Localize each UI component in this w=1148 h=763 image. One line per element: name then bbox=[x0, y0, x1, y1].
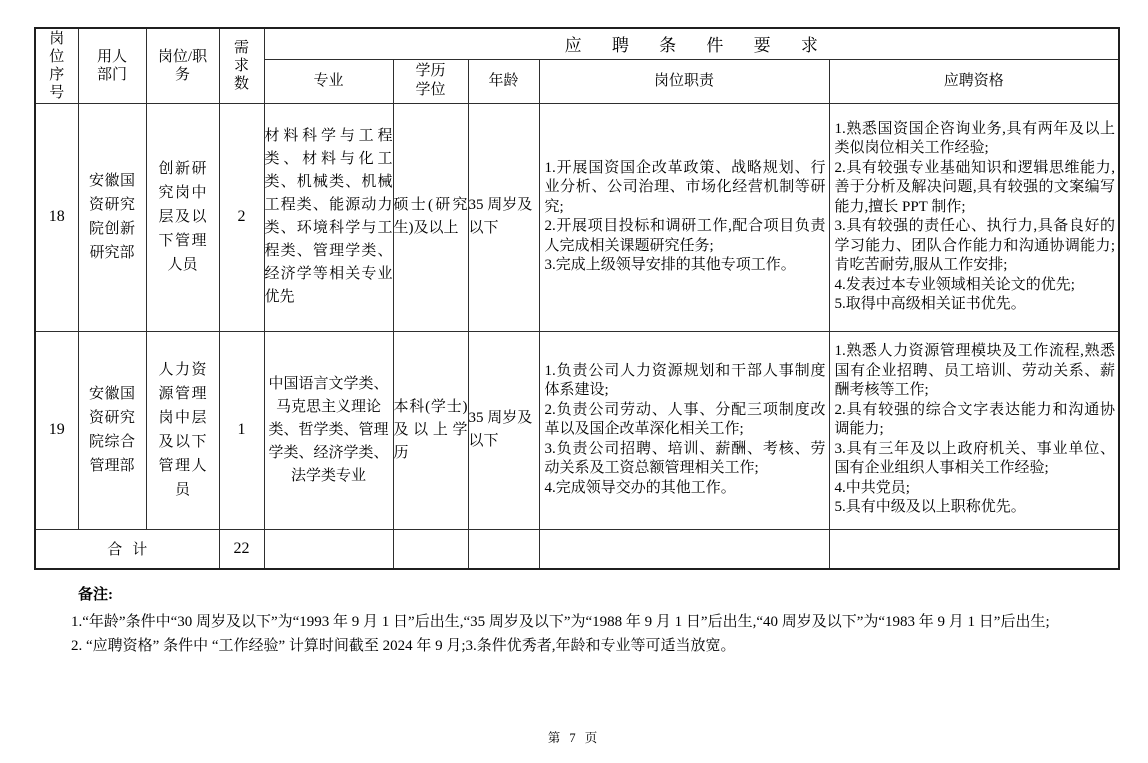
header-row-1: 岗位序号 用人部门 岗位/职务 需求数 应 聘 条 件 要 求 bbox=[35, 28, 1119, 59]
col-header-dept: 用人部门 bbox=[78, 28, 146, 103]
document-page: 岗位序号 用人部门 岗位/职务 需求数 应 聘 条 件 要 求 专业 学历学位 … bbox=[0, 0, 1148, 763]
col-header-degree: 学历学位 bbox=[393, 59, 468, 103]
total-empty-duty bbox=[539, 529, 829, 569]
cell-seq: 18 bbox=[35, 103, 78, 331]
col-header-major: 专业 bbox=[264, 59, 393, 103]
cell-post-text: 人力资源管理岗中层及以下管理人员 bbox=[159, 358, 207, 502]
total-empty-degree bbox=[393, 529, 468, 569]
total-label: 合计 bbox=[35, 529, 219, 569]
total-count: 22 bbox=[219, 529, 264, 569]
col-header-count: 需求数 bbox=[219, 28, 264, 103]
cell-qualification-text: 1.熟悉国资国企咨询业务,具有两年及以上类似岗位相关工作经验; 2.具有较强专业… bbox=[830, 118, 1119, 317]
cell-degree: 硕士(研究生)及以上 bbox=[393, 103, 468, 331]
col-header-degree-label: 学历学位 bbox=[413, 62, 449, 100]
cell-age: 35 周岁及以下 bbox=[468, 103, 539, 331]
col-header-duty: 岗位职责 bbox=[539, 59, 829, 103]
notes-block: 1.“年龄”条件中“30 周岁及以下”为“1993 年 9 月 1 日”后出生,… bbox=[71, 611, 1118, 658]
col-header-dept-label: 用人部门 bbox=[94, 48, 130, 84]
col-header-seq: 岗位序号 bbox=[35, 28, 78, 103]
note-line-2: 2. “应聘资格” 条件中 “工作经验” 计算时间截至 2024 年 9 月;3… bbox=[71, 635, 1118, 659]
cell-age: 35 周岁及以下 bbox=[468, 331, 539, 529]
col-header-post: 岗位/职务 bbox=[146, 28, 219, 103]
cell-duty: 1.开展国资国企改革政策、战略规划、行业分析、公司治理、市场化经营机制等研究; … bbox=[539, 103, 829, 331]
page-number: 第 7 页 bbox=[0, 728, 1148, 746]
cell-dept-text: 安徽国资研究院创新研究部 bbox=[89, 169, 135, 265]
total-empty-major bbox=[264, 529, 393, 569]
col-header-age: 年龄 bbox=[468, 59, 539, 103]
total-empty-age bbox=[468, 529, 539, 569]
cell-qualification: 1.熟悉国资国企咨询业务,具有两年及以上类似岗位相关工作经验; 2.具有较强专业… bbox=[829, 103, 1119, 331]
col-header-count-label: 需求数 bbox=[233, 39, 250, 93]
cell-duty: 1.负责公司人力资源规划和干部人事制度体系建设; 2.负责公司劳动、人事、分配三… bbox=[539, 331, 829, 529]
cell-count: 1 bbox=[219, 331, 264, 529]
col-header-post-label: 岗位/职务 bbox=[154, 48, 212, 84]
total-row: 合计 22 bbox=[35, 529, 1119, 569]
cell-count: 2 bbox=[219, 103, 264, 331]
note-line-1: 1.“年龄”条件中“30 周岁及以下”为“1993 年 9 月 1 日”后出生,… bbox=[71, 611, 1118, 635]
cell-dept: 安徽国资研究院综合管理部 bbox=[78, 331, 146, 529]
notes-title: 备注: bbox=[78, 583, 113, 604]
cell-duty-text: 1.开展国资国企改革政策、战略规划、行业分析、公司治理、市场化经营机制等研究; … bbox=[540, 157, 829, 278]
cell-major: 材料科学与工程类、材料与化工类、机械类、机械工程类、能源动力类、环境科学与工程类… bbox=[264, 103, 393, 331]
table-row-18: 18 安徽国资研究院创新研究部 创新研究岗中层及以下管理人员 2 材料科学与工程… bbox=[35, 103, 1119, 331]
cell-post: 人力资源管理岗中层及以下管理人员 bbox=[146, 331, 219, 529]
cell-duty-text: 1.负责公司人力资源规划和干部人事制度体系建设; 2.负责公司劳动、人事、分配三… bbox=[540, 360, 829, 501]
cell-post: 创新研究岗中层及以下管理人员 bbox=[146, 103, 219, 331]
cell-qualification-text: 1.熟悉人力资源管理模块及工作流程,熟悉国有企业招聘、员工培训、劳动关系、薪酬考… bbox=[830, 340, 1119, 520]
cell-dept: 安徽国资研究院创新研究部 bbox=[78, 103, 146, 331]
recruitment-table: 岗位序号 用人部门 岗位/职务 需求数 应 聘 条 件 要 求 专业 学历学位 … bbox=[34, 27, 1120, 570]
cell-dept-text: 安徽国资研究院综合管理部 bbox=[89, 382, 135, 478]
total-empty-qualification bbox=[829, 529, 1119, 569]
col-header-requirements: 应 聘 条 件 要 求 bbox=[264, 28, 1119, 59]
cell-post-text: 创新研究岗中层及以下管理人员 bbox=[159, 157, 207, 277]
cell-qualification: 1.熟悉人力资源管理模块及工作流程,熟悉国有企业招聘、员工培训、劳动关系、薪酬考… bbox=[829, 331, 1119, 529]
table-row-19: 19 安徽国资研究院综合管理部 人力资源管理岗中层及以下管理人员 1 中国语言文… bbox=[35, 331, 1119, 529]
col-header-seq-label: 岗位序号 bbox=[48, 30, 65, 102]
col-header-qualification: 应聘资格 bbox=[829, 59, 1119, 103]
cell-degree: 本科(学士)及以上学历 bbox=[393, 331, 468, 529]
cell-major: 中国语言文学类、马克思主义理论类、哲学类、管理学类、经济学类、法学类专业 bbox=[264, 331, 393, 529]
cell-seq: 19 bbox=[35, 331, 78, 529]
